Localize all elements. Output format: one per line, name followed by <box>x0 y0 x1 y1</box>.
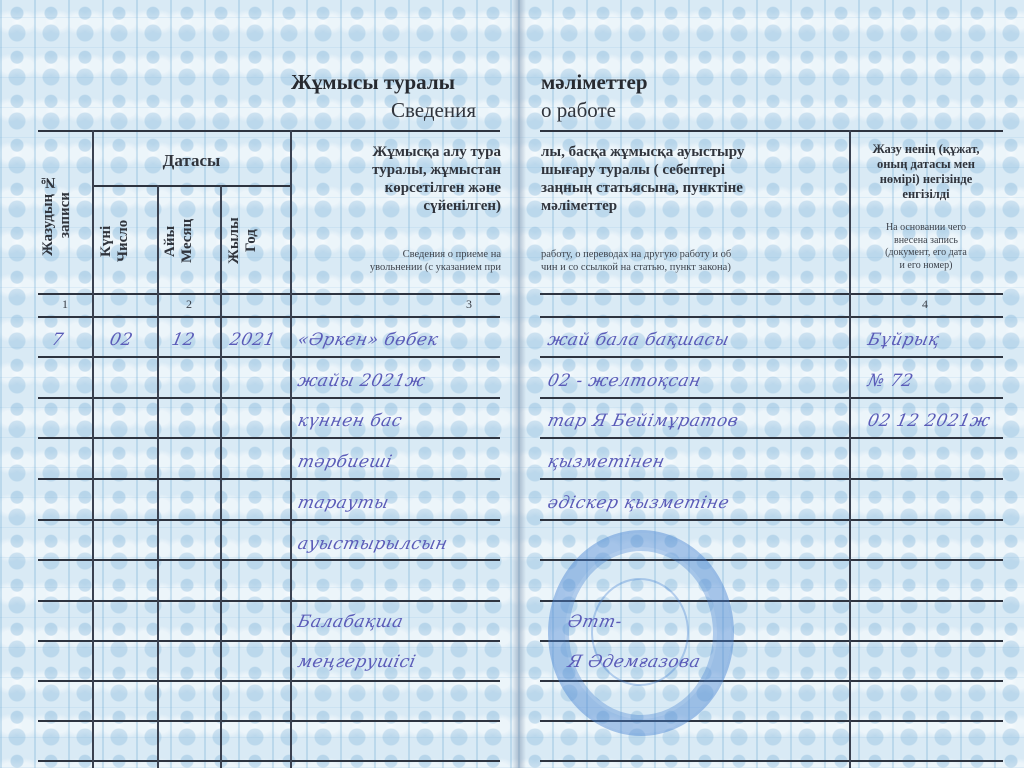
handwritten-line: Әтт- <box>566 612 624 632</box>
row-line <box>38 720 500 722</box>
header-line: работу, о переводах на другую работу и о… <box>541 248 846 261</box>
row-line <box>38 519 500 521</box>
row-line <box>38 397 500 399</box>
header-record-no-kz: Жазудың № <box>40 174 56 256</box>
row-line <box>540 356 1003 358</box>
header-line: туралы, жұмыстан <box>296 161 501 179</box>
row-line <box>38 437 500 439</box>
header-line: Жазу ненің (құжат, <box>851 142 1001 157</box>
header-line: увольнении (с указанием при <box>296 261 501 274</box>
handwritten-line: меңгерушісі <box>296 652 418 672</box>
table-top-line-left <box>38 130 500 132</box>
header-line: внесена запись <box>851 235 1001 248</box>
handwritten-line: Балабақша <box>296 612 405 632</box>
header-line: Жұмысқа алу тура <box>296 143 501 161</box>
title-kz-left: Жұмысы туралы <box>291 70 455 95</box>
header-day: Күні Число <box>98 192 154 290</box>
row-line <box>38 640 500 642</box>
header-month: Айы Месяц <box>162 192 218 290</box>
row-line <box>540 397 1003 399</box>
entry-year: 2021 <box>228 330 278 350</box>
handwritten-line: тәрбиеші <box>296 452 394 472</box>
header-info-kz-right: лы, басқа жұмысқа ауыстыру шығару туралы… <box>541 143 846 215</box>
handwritten-line: жайы 2021ж <box>296 371 428 391</box>
title-ru-right: о работе <box>541 98 616 123</box>
col-number-3: 3 <box>466 297 472 312</box>
header-line: енгізілді <box>851 187 1001 202</box>
date-subheader-line <box>93 185 290 187</box>
title-kz-right: мәліметтер <box>541 70 648 95</box>
handwritten-line: тар Я Бейімұратов <box>546 411 740 431</box>
header-info-ru-left: Сведения о приеме на увольнении (с указа… <box>296 248 501 274</box>
row-line <box>38 293 500 295</box>
handwritten-line: күннен бас <box>296 411 404 431</box>
col-divider-1 <box>92 130 94 768</box>
official-stamp <box>548 530 734 736</box>
header-line: (документ, его дата <box>851 247 1001 260</box>
header-line: шығару туралы ( себептері <box>541 161 846 179</box>
col-divider-4 <box>290 130 292 768</box>
title-ru-left: Сведения <box>391 98 476 123</box>
header-line: заңның статьясына, пунктіне <box>541 179 846 197</box>
handwritten-line: ауыстырылсын <box>296 534 450 554</box>
header-record-no: Жазудың № записи <box>40 140 92 290</box>
handwritten-line: № 72 <box>866 371 915 391</box>
entry-month: 12 <box>170 330 197 350</box>
row-line <box>540 316 1003 318</box>
handwritten-line: Бұйрық <box>866 330 941 350</box>
header-line: Сведения о приеме на <box>296 248 501 261</box>
row-line <box>38 478 500 480</box>
entry-day: 02 <box>108 330 135 350</box>
row-line <box>38 680 500 682</box>
handwritten-line: 02 - желтоқсан <box>546 371 703 391</box>
header-basis-kz: Жазу ненің (құжат, оның датасы мен нөмір… <box>851 142 1001 202</box>
row-line <box>540 293 1003 295</box>
row-line <box>38 760 500 762</box>
header-month-kz: Айы <box>162 225 178 256</box>
header-line: сүйенілген) <box>296 197 501 215</box>
handwritten-line: Я Әдемғазова <box>566 652 703 672</box>
header-day-ru: Число <box>115 220 131 262</box>
row-line <box>540 437 1003 439</box>
header-line: нөмірі) негізінде <box>851 172 1001 187</box>
row-line <box>540 478 1003 480</box>
row-line <box>540 519 1003 521</box>
header-line: көрсетілген және <box>296 179 501 197</box>
row-line <box>540 760 1003 762</box>
row-line <box>38 559 500 561</box>
handwritten-line: қызметінен <box>546 452 667 472</box>
header-line: и его номер) <box>851 260 1001 273</box>
col-divider-2 <box>157 185 159 768</box>
header-info-kz-left: Жұмысқа алу тура туралы, жұмыстан көрсет… <box>296 143 501 215</box>
header-line: мәліметтер <box>541 197 846 215</box>
header-year-ru: Год <box>243 230 259 253</box>
handwritten-line: «Әркен» бөбек <box>296 330 440 350</box>
header-day-kz: Күні <box>98 225 114 256</box>
row-line <box>38 316 500 318</box>
header-info-ru-right: работу, о переводах на другую работу и о… <box>541 248 846 274</box>
col-divider-3 <box>220 185 222 768</box>
book-spine <box>512 0 526 768</box>
col-number-2: 2 <box>186 297 192 312</box>
handwritten-line: 02 12 2021ж <box>866 411 992 431</box>
handwritten-line: жай бала бақшасы <box>546 330 731 350</box>
header-month-ru: Месяц <box>179 219 195 263</box>
row-line <box>38 600 500 602</box>
row-line <box>38 356 500 358</box>
header-line: чин и со ссылкой на статью, пункт закона… <box>541 261 846 274</box>
header-line: лы, басқа жұмысқа ауыстыру <box>541 143 846 161</box>
header-year: Жылы Год <box>226 192 286 290</box>
header-line: На основании чего <box>851 222 1001 235</box>
header-line: оның датасы мен <box>851 157 1001 172</box>
header-record-no-ru: записи <box>57 192 73 238</box>
handwritten-line: әдіскер қызметіне <box>546 493 731 513</box>
col-number-4: 4 <box>922 297 928 312</box>
header-basis-ru: На основании чего внесена запись (докуме… <box>851 222 1001 272</box>
table-top-line-right <box>540 130 1003 132</box>
header-date: Датасы <box>93 152 290 170</box>
header-year-kz: Жылы <box>226 218 242 265</box>
col-number-1: 1 <box>62 297 68 312</box>
handwritten-line: тарауты <box>296 493 391 513</box>
